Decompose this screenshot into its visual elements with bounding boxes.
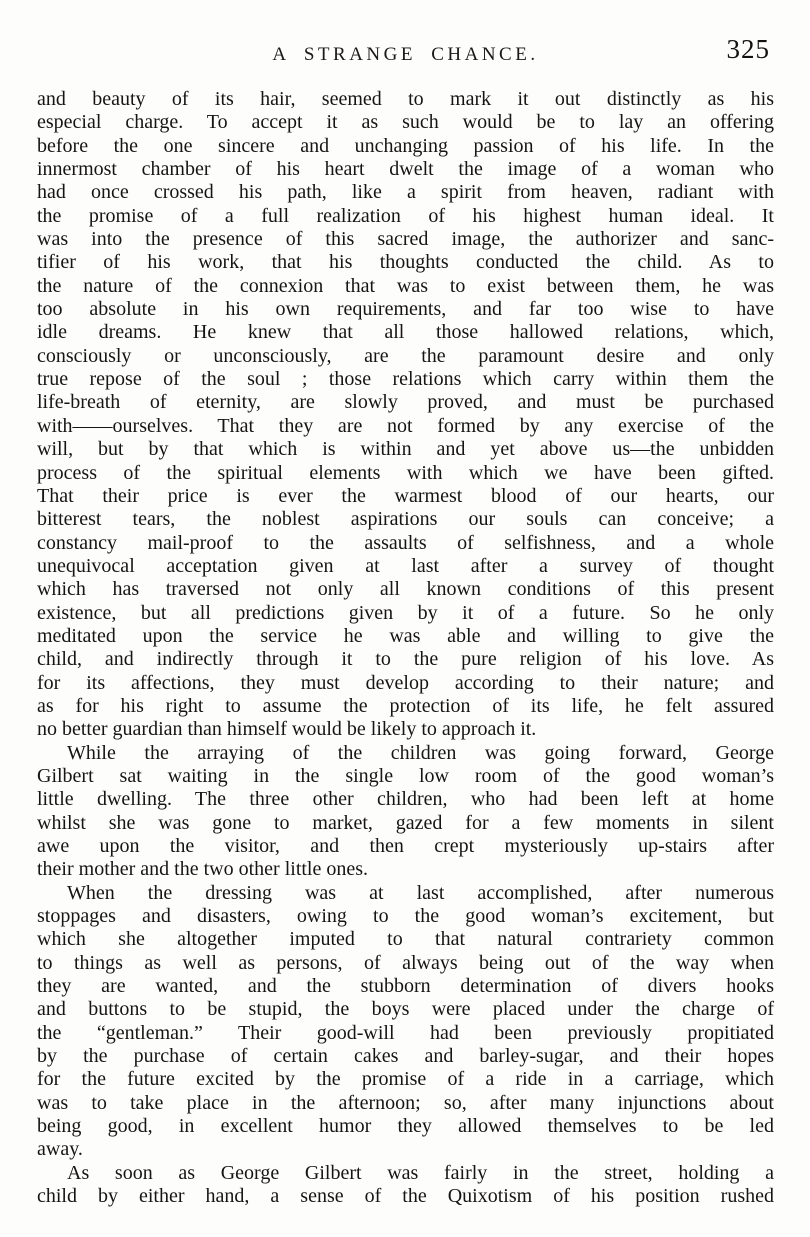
text-line: As soon as George Gilbert was fairly in …: [37, 1162, 774, 1185]
text-line: for the future excited by the promise of…: [37, 1068, 774, 1091]
text-line: meditated upon the service he was able a…: [37, 625, 774, 648]
page-title: A STRANGE CHANCE.: [37, 44, 774, 66]
text-line: away.: [37, 1138, 774, 1161]
text-line: innermost chamber of his heart dwelt the…: [37, 158, 774, 181]
text-line: for its affections, they must develop ac…: [37, 672, 774, 695]
text-line: existence, but all predictions given by …: [37, 602, 774, 625]
text-line: was into the presence of this sacred ima…: [37, 228, 774, 251]
text-line: That their price is ever the warmest blo…: [37, 485, 774, 508]
paragraph: and beauty of its hair, seemed to mark i…: [37, 88, 774, 742]
text-line: child, and indirectly through it to the …: [37, 648, 774, 671]
paragraph: When the dressing was at last accomplish…: [37, 882, 774, 1162]
text-line: true repose of the soul ; those relation…: [37, 368, 774, 391]
text-line: was to take place in the afternoon; so, …: [37, 1092, 774, 1115]
text-line: before the one sincere and unchanging pa…: [37, 135, 774, 158]
text-line: tifier of his work, that his thoughts co…: [37, 251, 774, 274]
text-line: had once crossed his path, like a spirit…: [37, 181, 774, 204]
text-line: awe upon the visitor, and then crept mys…: [37, 835, 774, 858]
text-line: the nature of the connexion that was to …: [37, 275, 774, 298]
text-line: process of the spiritual elements with w…: [37, 462, 774, 485]
page-number: 325: [727, 34, 771, 65]
page-body: and beauty of its hair, seemed to mark i…: [37, 88, 774, 1209]
text-line: idle dreams. He knew that all those hall…: [37, 321, 774, 344]
text-line: bitterest tears, the noblest aspirations…: [37, 508, 774, 531]
text-line: constancy mail-proof to the assaults of …: [37, 532, 774, 555]
text-line: being good, in excellent humor they allo…: [37, 1115, 774, 1138]
text-line: too absolute in his own requirements, an…: [37, 298, 774, 321]
paragraph: While the arraying of the children was g…: [37, 742, 774, 882]
text-line: life-breath of eternity, are slowly prov…: [37, 391, 774, 414]
text-line: they are wanted, and the stubborn determ…: [37, 975, 774, 998]
text-line: will, but by that which is within and ye…: [37, 438, 774, 461]
text-line: which she altogether imputed to that nat…: [37, 928, 774, 951]
text-line: consciously or unconsciously, are the pa…: [37, 345, 774, 368]
text-line: and beauty of its hair, seemed to mark i…: [37, 88, 774, 111]
text-line: whilst she was gone to market, gazed for…: [37, 812, 774, 835]
text-line: Gilbert sat waiting in the single low ro…: [37, 765, 774, 788]
paragraph: As soon as George Gilbert was fairly in …: [37, 1162, 774, 1209]
text-line: child by either hand, a sense of the Qui…: [37, 1185, 774, 1208]
book-page: A STRANGE CHANCE. 325 and beauty of its …: [0, 0, 810, 1237]
text-line: While the arraying of the children was g…: [37, 742, 774, 765]
text-line: and buttons to be stupid, the boys were …: [37, 998, 774, 1021]
text-line: stoppages and disasters, owing to the go…: [37, 905, 774, 928]
text-line: unequivocal acceptation given at last af…: [37, 555, 774, 578]
running-head: A STRANGE CHANCE. 325: [37, 40, 774, 70]
text-line: their mother and the two other little on…: [37, 858, 774, 881]
text-line: little dwelling. The three other childre…: [37, 788, 774, 811]
text-line: to things as well as persons, of always …: [37, 952, 774, 975]
text-line: especial charge. To accept it as such wo…: [37, 111, 774, 134]
text-line: no better guardian than himself would be…: [37, 718, 774, 741]
text-line: the “gentleman.” Their good-will had bee…: [37, 1022, 774, 1045]
text-line: the promise of a full realization of his…: [37, 205, 774, 228]
text-line: When the dressing was at last accomplish…: [37, 882, 774, 905]
text-line: with——ourselves. That they are not forme…: [37, 415, 774, 438]
text-line: as for his right to assume the protectio…: [37, 695, 774, 718]
text-line: which has traversed not only all known c…: [37, 578, 774, 601]
text-line: by the purchase of certain cakes and bar…: [37, 1045, 774, 1068]
